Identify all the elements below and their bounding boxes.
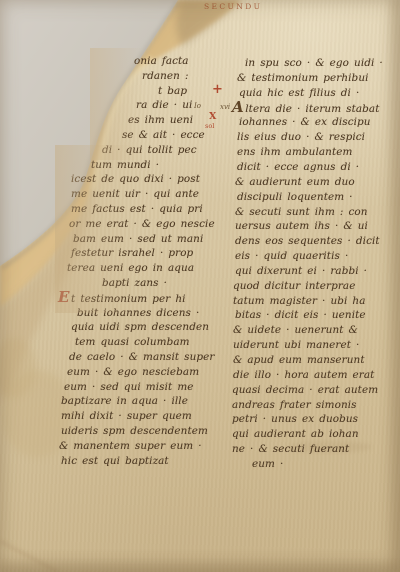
text-line: buit iohannes dicens · bbox=[77, 307, 199, 319]
line-text: dicit · ecce agnus di · bbox=[237, 161, 359, 173]
line-text: bitas · dicit eis · uenite bbox=[235, 309, 366, 321]
text-line: de caelo · & mansit super bbox=[69, 351, 214, 363]
line-text: mihi dixit · super quem bbox=[61, 410, 192, 422]
text-line: in spu sco · & ego uidi · bbox=[245, 57, 383, 69]
fold-crease bbox=[0, 541, 58, 572]
line-text: baptizare in aqua · ille bbox=[61, 395, 188, 407]
text-line: die illo · hora autem erat bbox=[233, 369, 374, 381]
text-line: t bap bbox=[158, 85, 187, 97]
line-text: icest de quo dixi · post bbox=[71, 173, 200, 185]
text-line: ne · & secuti fuerant bbox=[232, 443, 349, 455]
text-line: se & ait · ecce bbox=[122, 129, 205, 141]
running-title: SECUNDU bbox=[204, 2, 262, 11]
line-text: ltera die · iterum stabat bbox=[245, 103, 379, 115]
right-text-column: in spu sco · & ego uidi ·& testimonium p… bbox=[232, 57, 397, 482]
text-line: bitas · dicit eis · uenite bbox=[235, 309, 366, 321]
text-line: icest de quo dixi · post bbox=[71, 173, 200, 185]
line-text: eis · quid quaeritis · bbox=[235, 250, 348, 262]
text-line: baptizare in aqua · ille bbox=[61, 395, 188, 407]
line-text: uersus autem ihs · & ui bbox=[235, 220, 368, 232]
text-line: & uidete · uenerunt & bbox=[233, 324, 358, 336]
line-text: & apud eum manserunt bbox=[233, 354, 365, 366]
text-line: bam eum · sed ut mani bbox=[73, 233, 203, 245]
illuminated-initial: E bbox=[58, 288, 70, 306]
manuscript-page: SECUNDU + Io xvi X sol onia factardanen … bbox=[0, 0, 400, 572]
line-text: terea ueni ego in aqua bbox=[67, 262, 194, 274]
line-text: festetur israhel · prop bbox=[71, 247, 193, 259]
line-text: uiderunt ubi maneret · bbox=[233, 339, 359, 351]
line-text: iohannes · & ex discipu bbox=[239, 116, 371, 128]
line-text: discipuli loquentem · bbox=[237, 191, 353, 203]
text-line: iohannes · & ex discipu bbox=[239, 116, 371, 128]
text-line: Altera die · iterum stabat bbox=[232, 102, 379, 115]
text-line: mihi dixit · super quem bbox=[61, 410, 192, 422]
text-line: rdanen : bbox=[142, 70, 189, 82]
text-line: uersus autem ihs · & ui bbox=[235, 220, 368, 232]
text-line: & manentem super eum · bbox=[59, 440, 202, 452]
line-text: quod dicitur interprae bbox=[233, 280, 355, 292]
text-line: qui dixerunt ei · rabbi · bbox=[235, 265, 367, 277]
text-line: hic est qui baptizat bbox=[61, 455, 169, 467]
parchment-stain-small bbox=[0, 338, 36, 398]
line-text: bam eum · sed ut mani bbox=[73, 233, 203, 245]
text-line: terea ueni ego in aqua bbox=[67, 262, 194, 274]
text-line: onia facta bbox=[134, 55, 189, 67]
page-edge-bottom bbox=[0, 562, 400, 572]
line-text: t bap bbox=[158, 85, 187, 97]
text-line: eum · & ego nesciebam bbox=[67, 366, 199, 378]
left-text-column: onia factardanen :t bapra die · uies ihm… bbox=[58, 55, 223, 480]
text-line: Et testimonium per hi bbox=[58, 292, 186, 305]
text-line: dens eos sequentes · dicit bbox=[235, 235, 380, 247]
line-text: tem quasi columbam bbox=[75, 336, 190, 348]
text-line: eum · sed qui misit me bbox=[64, 381, 194, 393]
line-text: tum mundi · bbox=[91, 159, 159, 171]
line-text: lis eius duo · & respici bbox=[237, 131, 365, 143]
text-line: uiderunt ubi maneret · bbox=[233, 339, 359, 351]
text-line: & testimonium perhibui bbox=[237, 72, 369, 84]
line-text: es ihm ueni bbox=[128, 114, 193, 126]
line-text: in spu sco · & ego uidi · bbox=[245, 57, 383, 69]
text-line: petri · unus ex duobus bbox=[232, 413, 358, 425]
line-text: or me erat · & ego nescie bbox=[69, 218, 215, 230]
line-text: & audierunt eum duo bbox=[235, 176, 355, 188]
text-line: & secuti sunt ihm : con bbox=[235, 206, 368, 218]
text-line: tum mundi · bbox=[91, 159, 159, 171]
text-line: ens ihm ambulantem bbox=[237, 146, 352, 158]
line-text: de caelo · & mansit super bbox=[69, 351, 214, 363]
line-text: & uidete · uenerunt & bbox=[233, 324, 358, 336]
illuminated-initial: A bbox=[232, 98, 244, 116]
line-text: t testimonium per hi bbox=[71, 293, 186, 305]
text-line: discipuli loquentem · bbox=[237, 191, 353, 203]
line-text: qui audierant ab iohan bbox=[232, 428, 359, 440]
line-text: bapti zans · bbox=[102, 277, 167, 289]
line-text: ens ihm ambulantem bbox=[237, 146, 352, 158]
text-line: eum · bbox=[252, 458, 283, 470]
text-line: eis · quid quaeritis · bbox=[235, 250, 348, 262]
line-text: dens eos sequentes · dicit bbox=[235, 235, 380, 247]
text-line: ra die · ui bbox=[136, 99, 192, 111]
line-text: quasi decima · erat autem bbox=[232, 384, 378, 396]
text-line: di · qui tollit pec bbox=[102, 144, 197, 156]
line-text: qui dixerunt ei · rabbi · bbox=[235, 265, 367, 277]
text-line: qui audierant ab iohan bbox=[232, 428, 359, 440]
line-text: rdanen : bbox=[142, 70, 189, 82]
text-line: quasi decima · erat autem bbox=[232, 384, 378, 396]
text-line: or me erat · & ego nescie bbox=[69, 218, 215, 230]
line-text: di · qui tollit pec bbox=[102, 144, 197, 156]
line-text: andreas frater simonis bbox=[232, 399, 357, 411]
line-text: die illo · hora autem erat bbox=[233, 369, 374, 381]
line-text: eum · sed qui misit me bbox=[64, 381, 194, 393]
text-line: & apud eum manserunt bbox=[233, 354, 365, 366]
text-line: dicit · ecce agnus di · bbox=[237, 161, 359, 173]
text-line: bapti zans · bbox=[102, 277, 167, 289]
line-text: eum · bbox=[252, 458, 283, 470]
text-line: tem quasi columbam bbox=[75, 336, 190, 348]
line-text: quia hic est filius di · bbox=[239, 87, 359, 99]
text-line: quod dicitur interprae bbox=[233, 280, 355, 292]
line-text: me factus est · quia pri bbox=[71, 203, 203, 215]
text-line: es ihm ueni bbox=[128, 114, 193, 126]
line-text: ra die · ui bbox=[136, 99, 192, 111]
text-line: andreas frater simonis bbox=[232, 399, 357, 411]
line-text: onia facta bbox=[134, 55, 189, 67]
line-text: & secuti sunt ihm : con bbox=[235, 206, 368, 218]
line-text: eum · & ego nesciebam bbox=[67, 366, 199, 378]
text-line: quia uidi spm descenden bbox=[71, 321, 209, 333]
line-text: buit iohannes dicens · bbox=[77, 307, 199, 319]
text-line: lis eius duo · & respici bbox=[237, 131, 365, 143]
line-text: quia uidi spm descenden bbox=[71, 321, 209, 333]
line-text: uideris spm descendentem bbox=[61, 425, 208, 437]
line-text: & testimonium perhibui bbox=[237, 72, 369, 84]
line-text: se & ait · ecce bbox=[122, 129, 205, 141]
text-line: quia hic est filius di · bbox=[239, 87, 359, 99]
text-line: me uenit uir · qui ante bbox=[71, 188, 199, 200]
line-text: hic est qui baptizat bbox=[61, 455, 169, 467]
line-text: petri · unus ex duobus bbox=[232, 413, 358, 425]
line-text: & manentem super eum · bbox=[59, 440, 202, 452]
text-line: uideris spm descendentem bbox=[61, 425, 208, 437]
text-line: me factus est · quia pri bbox=[71, 203, 203, 215]
text-line: & audierunt eum duo bbox=[235, 176, 355, 188]
line-text: tatum magister · ubi ha bbox=[233, 295, 366, 307]
text-line: festetur israhel · prop bbox=[71, 247, 193, 259]
line-text: ne · & secuti fuerant bbox=[232, 443, 349, 455]
line-text: me uenit uir · qui ante bbox=[71, 188, 199, 200]
text-line: tatum magister · ubi ha bbox=[233, 295, 366, 307]
